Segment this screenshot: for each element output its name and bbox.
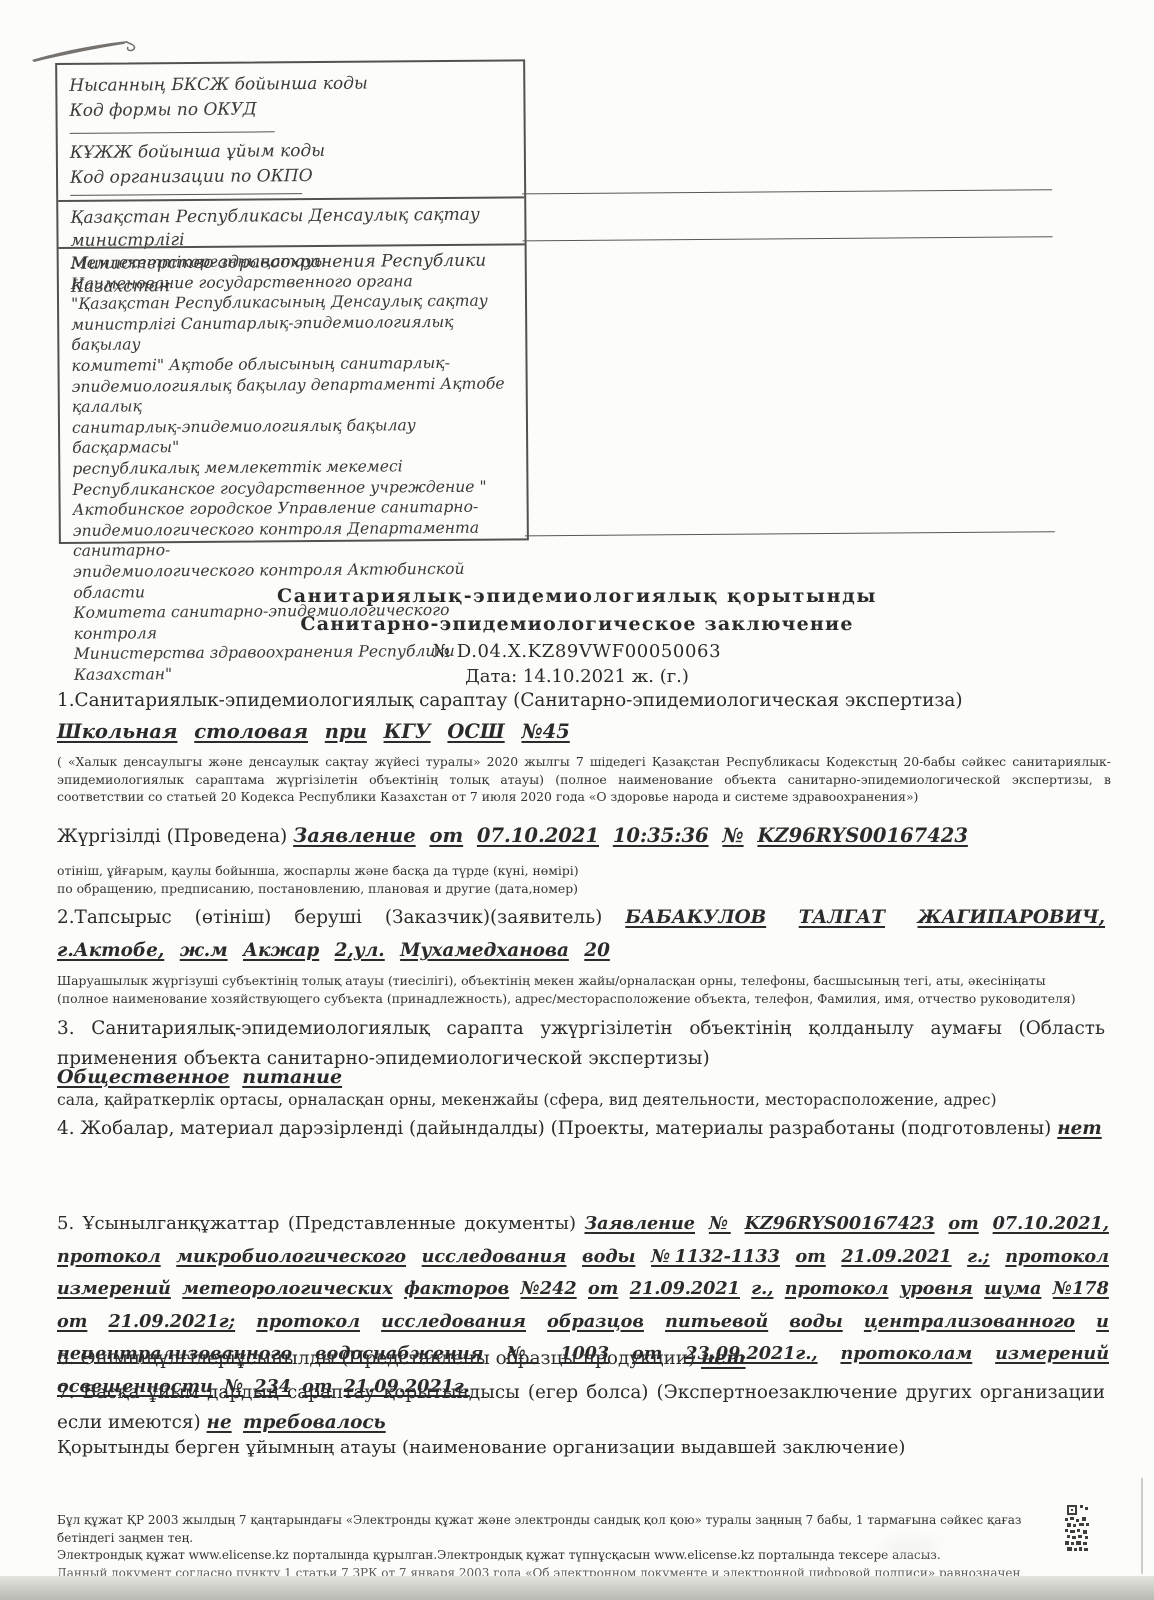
section3-heading: 3. Санитариялық-эпидемиологиялық сарапта… (57, 1014, 1105, 1074)
org-code-label: КҰЖЖ бойынша ұйым коды Код организации п… (70, 139, 326, 191)
conducted-label: Жүргізілді (Проведена) (57, 826, 293, 847)
form-code-label: Нысанның БКСЖ бойынша коды Код формы по … (69, 72, 368, 124)
document-title: Санитариялық-эпидемиологиялық қорытынды … (57, 585, 1097, 687)
scan-smudge (880, 1540, 940, 1554)
section1-note: ( «Халык денсаулыгы және денсаулык сақта… (57, 753, 1111, 806)
scan-bottom-edge (0, 1576, 1154, 1600)
header-table: Нысанның БКСЖ бойынша коды Код формы по … (0, 0, 1154, 560)
section4-heading: 4. Жобалар, материал дарэзірленді (дайын… (57, 1118, 1057, 1139)
table-rule-right-top (522, 189, 1052, 194)
table-rule-right-bottom (525, 531, 1055, 536)
section4: 4. Жобалар, материал дарэзірленді (дайын… (57, 1118, 1105, 1139)
section6-value: нет (701, 1348, 746, 1369)
section2-heading: 2.Тапсырыс (өтініш) беруші (Заказчик)(за… (57, 907, 625, 928)
section7: 7. Басқа ұйым дардың сараптау қорытындыс… (57, 1378, 1105, 1438)
row-separator (58, 196, 524, 202)
section6: 6. Өнімніңүлгілеріұсынылды (Представлены… (57, 1348, 1105, 1369)
section2-note: Шаруашылык жүргізуші субъектінің толық а… (57, 972, 1105, 1007)
section3-value: Общественное питание (57, 1066, 1105, 1088)
section3-note: сала, қайраткерлік ортасы, орналасқан ор… (57, 1091, 1105, 1109)
document-number: № D.04.X.KZ89VWF00050063 (57, 641, 1097, 662)
form-code-blank-line (70, 131, 275, 134)
section2: 2.Тапсырыс (өтініш) беруші (Заказчик)(за… (57, 901, 1105, 967)
section7-value: не требовалось (207, 1412, 386, 1433)
issuing-organization-line: Қорытынды берген ұйымның атауы (наименов… (57, 1437, 1105, 1458)
section1-heading: 1.Санитариялык-эпидемиологиялық сараптау… (57, 690, 1105, 711)
section4-value: нет (1057, 1118, 1102, 1139)
document-date: Дата: 14.10.2021 ж. (г.) (57, 666, 1097, 687)
org-code-blank-line (70, 193, 302, 196)
paper-edge-shadow (1141, 1478, 1143, 1574)
title-russian: Санитарно-эпидемиологическое заключение (57, 613, 1097, 635)
conducted-note: отініш, ұйғарым, қаулы бойынша, жоспарлы… (57, 862, 1105, 897)
conducted-value: Заявление от 07.10.2021 10:35:36 № KZ96R… (293, 824, 968, 847)
section1-value: Школьная столовая при КГУ ОСШ №45 (57, 720, 1105, 743)
section5-heading: 5. Ұсынылганқұжаттар (Представленные док… (57, 1213, 584, 1234)
section6-heading: 6. Өнімніңүлгілеріұсынылды (Представлены… (57, 1348, 701, 1369)
title-kazakh: Санитариялық-эпидемиологиялық қорытынды (57, 585, 1097, 607)
section5: 5. Ұсынылганқұжаттар (Представленные док… (57, 1208, 1109, 1403)
qr-code-icon (1065, 1505, 1092, 1555)
codes-box: Нысанның БКСЖ бойынша коды Код формы по … (55, 59, 529, 544)
table-rule-right-middle (523, 236, 1053, 241)
conducted-line: Жүргізілді (Проведена) Заявление от 07.1… (57, 824, 1105, 847)
